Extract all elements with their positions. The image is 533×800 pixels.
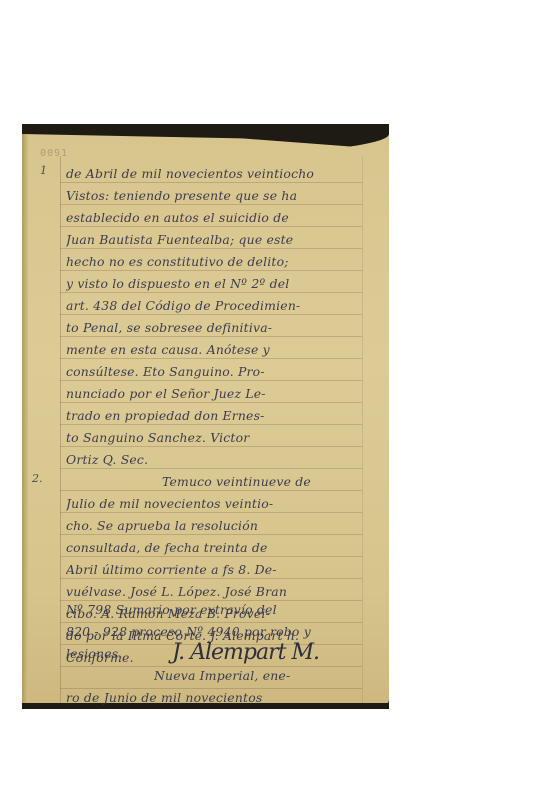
ruled-line [60,622,362,623]
ruled-line [60,424,362,425]
page-top-shadow [22,134,389,156]
ruled-line [60,578,362,579]
text-line: trado en propiedad don Ernes- [66,408,362,423]
text-line: Ortiz Q. Sec. [66,452,362,467]
text-line: Julio de mil novecientos veintio- [66,496,362,511]
ruled-line [60,292,362,293]
text-line: consúltese. Eto Sanguino. Pro- [66,364,362,379]
text-line: mente en esta causa. Anótese y [66,342,362,357]
ruled-line [60,446,362,447]
text-line: hecho no es constitutivo de delito; [66,254,362,269]
text-line: cibo. A. Ramon Meza B. Provei- [66,606,362,621]
text-line: cho. Se aprueba la resolución [66,518,362,533]
ruled-line [60,314,362,315]
ruled-line [60,182,362,183]
ruled-line [60,204,362,205]
ruled-line [60,336,362,337]
text-line: establecido en autos el suicidio de [66,210,362,225]
text-line: to Penal, se sobresee definitiva- [66,320,362,335]
ruled-line [60,688,362,689]
ruled-line [60,468,362,469]
ruled-line [60,380,362,381]
ruled-line [60,666,362,667]
text-line: y visto lo dispuesto en el Nº 2º del [66,276,362,291]
ruled-line [60,512,362,513]
text-line: Conforme. [66,650,156,665]
right-margin-line [362,156,363,704]
text-line: vuélvase. José L. López. José Bran [66,584,362,599]
ledger-page: 0091 1 de Abril de mil novecientos veint… [22,134,389,704]
text-line: Vistos: teniendo presente que se ha [66,188,362,203]
document-photo: 0091 1 de Abril de mil novecientos veint… [22,124,389,709]
ruled-line [60,600,362,601]
text-line: art. 438 del Código de Procedimien- [66,298,362,313]
text-line: to Sanguino Sanchez. Victor [66,430,362,445]
ruled-line [60,534,362,535]
text-line: de Abril de mil novecientos veintiocho [66,166,362,181]
ruled-line [60,402,362,403]
ruled-line [60,226,362,227]
ruled-line [60,556,362,557]
text-line: Juan Bautista Fuentealba; que este [66,232,362,247]
ruled-line [60,358,362,359]
signature: J. Alempart M. [172,640,319,665]
page-stamp: 0091 [40,148,68,159]
page-bottom-shadow [22,703,389,709]
text-line: nunciado por el Señor Juez Le- [66,386,362,401]
entry-number: 2. [32,472,43,485]
text-line: consultada, de fecha treinta de [66,540,362,555]
ruled-line [60,248,362,249]
text-line: Abril último corriente a fs 8. De- [66,562,362,577]
text-line: Temuco veintinueve de [162,474,362,489]
ruled-line [60,270,362,271]
ruled-line [60,490,362,491]
entry-number: 1 [40,164,47,177]
